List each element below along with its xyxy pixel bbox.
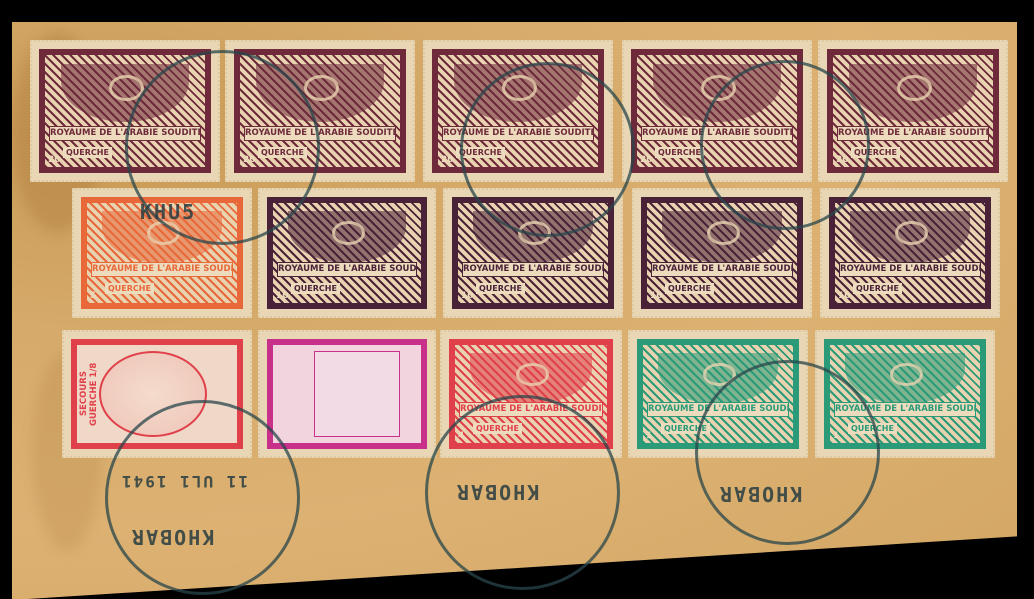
crescent-icon (897, 75, 932, 101)
crescent-icon (707, 221, 740, 245)
currency-label: QUERCHE (655, 147, 704, 158)
inscription: ROYAUME DE L'ARABIE SOUDITE (839, 262, 981, 277)
postmark-circle (105, 400, 300, 595)
map-stamp (258, 330, 436, 458)
postmark-text: KHOBAR (718, 482, 802, 506)
stamp: ROYAUME DE L'ARABIE SOUDITEQUERCHE10 (820, 188, 1000, 318)
charity-label: SECOURS GUERCHE 1/8 (79, 351, 93, 437)
currency-label: QUERCHE (105, 283, 154, 294)
value-numeral: 20 (640, 155, 653, 165)
postmark-circle (695, 360, 880, 545)
crescent-icon (895, 221, 928, 245)
postmark-text: KHOBAR (455, 480, 539, 504)
currency-label: QUERCHE (291, 283, 340, 294)
postmark-text: KHU5 (140, 200, 196, 224)
inscription: ROYAUME DE L'ARABIE SOUDITE (91, 262, 233, 277)
value-numeral: 10 (461, 291, 474, 301)
value-numeral: 20 (441, 155, 454, 165)
currency-label: QUERCHE (853, 283, 902, 294)
crescent-icon (516, 363, 549, 387)
value-numeral: 10 (650, 291, 663, 301)
postmark-circle (460, 62, 635, 237)
value-numeral: 5 (90, 291, 96, 301)
currency-label: QUERCHE (476, 283, 525, 294)
inscription: ROYAUME DE L'ARABIE SOUDITE (651, 262, 793, 277)
crescent-icon (332, 221, 365, 245)
postmark-circle (700, 60, 870, 230)
inscription: ROYAUME DE L'ARABIE SOUDITE (277, 262, 417, 277)
currency-label: QUERCHE (63, 147, 112, 158)
value-numeral: 1 (646, 431, 652, 441)
value-numeral: 20 (48, 155, 61, 165)
crescent-icon (890, 363, 923, 387)
currency-label: QUERCHE (665, 283, 714, 294)
map-vignette (314, 351, 400, 437)
crescent-icon (304, 75, 339, 101)
value-numeral: 10 (276, 291, 289, 301)
inscription: ROYAUME DE L'ARABIE SOUDITE (462, 262, 604, 277)
value-numeral: 10 (838, 291, 851, 301)
postmark-text: 11 UL1 1941 (120, 472, 248, 491)
postmark-town: KHOBAR (130, 525, 214, 549)
